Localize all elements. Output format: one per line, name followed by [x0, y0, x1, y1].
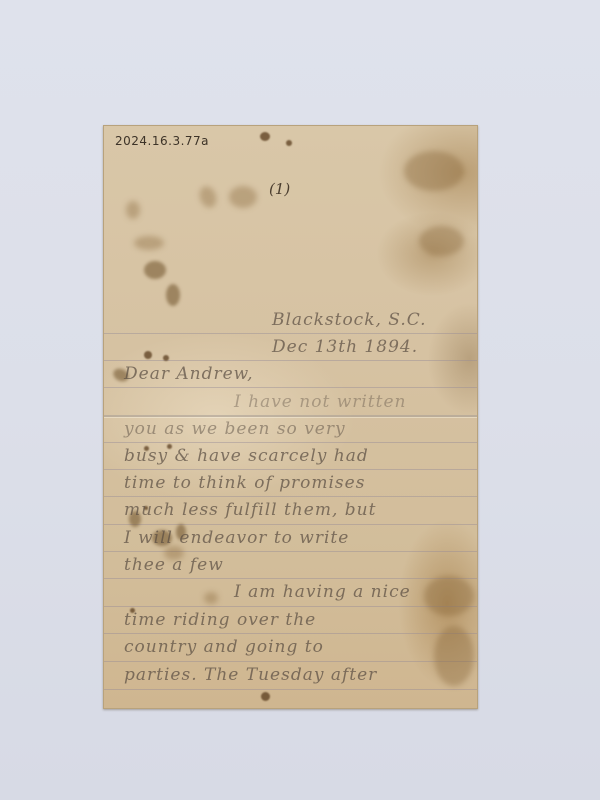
- letter-line: you as we been so very: [124, 419, 346, 439]
- letter-salutation: Dear Andrew,: [124, 364, 254, 384]
- ruled-line: [104, 524, 477, 525]
- ruled-line: [104, 633, 477, 634]
- letter-date: Dec 13th 1894.: [272, 337, 418, 357]
- stain: [134, 236, 164, 250]
- letter-line: time to think of promises: [124, 473, 365, 493]
- ruled-line: [104, 442, 477, 443]
- letter-line: parties. The Tuesday after: [124, 665, 377, 685]
- letter-line: I will endeavor to write: [124, 528, 349, 548]
- letter-line: busy & have scarcely had: [124, 446, 369, 466]
- letter-page: 2024.16.3.77a (1) Blackstock, S.C. Dec 1…: [103, 125, 478, 709]
- ruled-line: [104, 333, 477, 334]
- ruled-line: [104, 496, 477, 497]
- stain: [286, 140, 292, 146]
- stain: [166, 284, 180, 306]
- letter-line: country and going to: [124, 637, 324, 657]
- page-number: (1): [269, 180, 290, 198]
- stain: [434, 626, 474, 686]
- fold-line: [104, 415, 477, 417]
- stain: [204, 592, 218, 604]
- stain: [197, 184, 220, 210]
- letter-line: I am having a nice: [234, 582, 411, 602]
- ruled-line: [104, 387, 477, 388]
- letter-line: time riding over the: [124, 610, 316, 630]
- letter-line: thee a few: [124, 555, 224, 575]
- ruled-line: [104, 469, 477, 470]
- stain: [229, 186, 257, 208]
- stain: [424, 576, 474, 616]
- stain: [144, 261, 166, 279]
- ruled-line: [104, 606, 477, 607]
- stain: [419, 226, 464, 256]
- stain: [163, 355, 169, 361]
- letter-place: Blackstock, S.C.: [272, 310, 427, 330]
- ruled-line: [104, 689, 477, 690]
- letter-line: much less fulfill them, but: [124, 500, 376, 520]
- ruled-line: [104, 360, 477, 361]
- stain: [144, 351, 152, 359]
- ruled-line: [104, 551, 477, 552]
- stain: [261, 692, 270, 701]
- accession-number: 2024.16.3.77a: [115, 134, 209, 148]
- letter-line: I have not written: [234, 392, 406, 412]
- stain: [404, 151, 464, 191]
- stain: [260, 132, 270, 141]
- ruled-line: [104, 661, 477, 662]
- ruled-line: [104, 578, 477, 579]
- stain: [126, 201, 140, 219]
